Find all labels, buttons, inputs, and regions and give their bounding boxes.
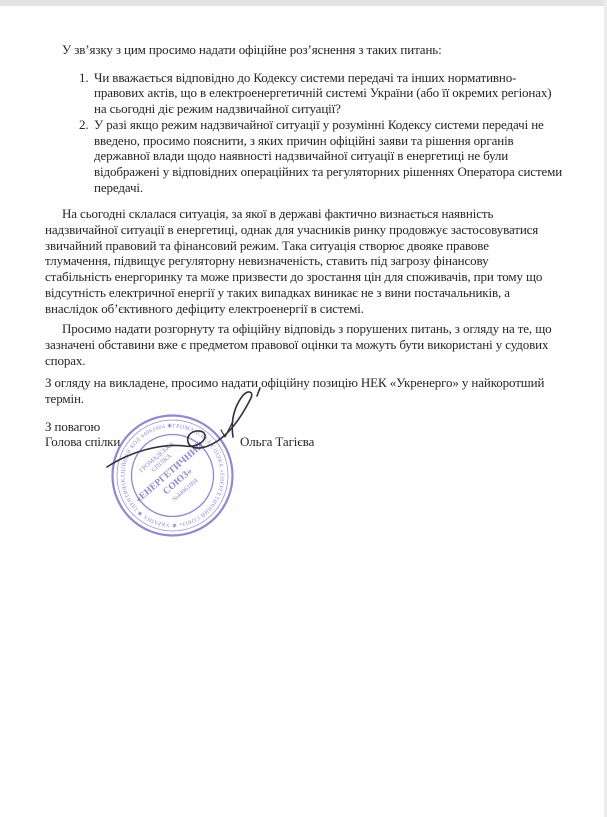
question-number: 2.: [79, 117, 94, 196]
scan-edge-top: [0, 0, 607, 6]
question-text: У разі якщо режим надзвичайної ситуації …: [94, 117, 562, 196]
question-text: Чи вважається відповідно до Кодексу сист…: [94, 70, 552, 117]
signature-stroke: [107, 392, 252, 467]
intro-paragraph: У зв’язку з цим просимо надати офіційне …: [45, 42, 579, 58]
question-item-1: 1. Чи вважається відповідно до Кодексу с…: [45, 70, 579, 117]
letter-page: У зв’язку з цим просимо надати офіційне …: [0, 0, 607, 817]
questions-list: 1. Чи вважається відповідно до Кодексу с…: [45, 70, 579, 196]
signature-apostrophe: [257, 388, 260, 396]
handwritten-signature: [90, 380, 275, 485]
paragraph-request: Просимо надати розгорнуту та офіційну ві…: [45, 321, 579, 368]
question-item-2: 2. У разі якщо режим надзвичайної ситуац…: [45, 117, 579, 196]
question-number: 1.: [79, 70, 94, 117]
paragraph-situation: На сьогодні склалася ситуація, за якої в…: [45, 206, 579, 316]
